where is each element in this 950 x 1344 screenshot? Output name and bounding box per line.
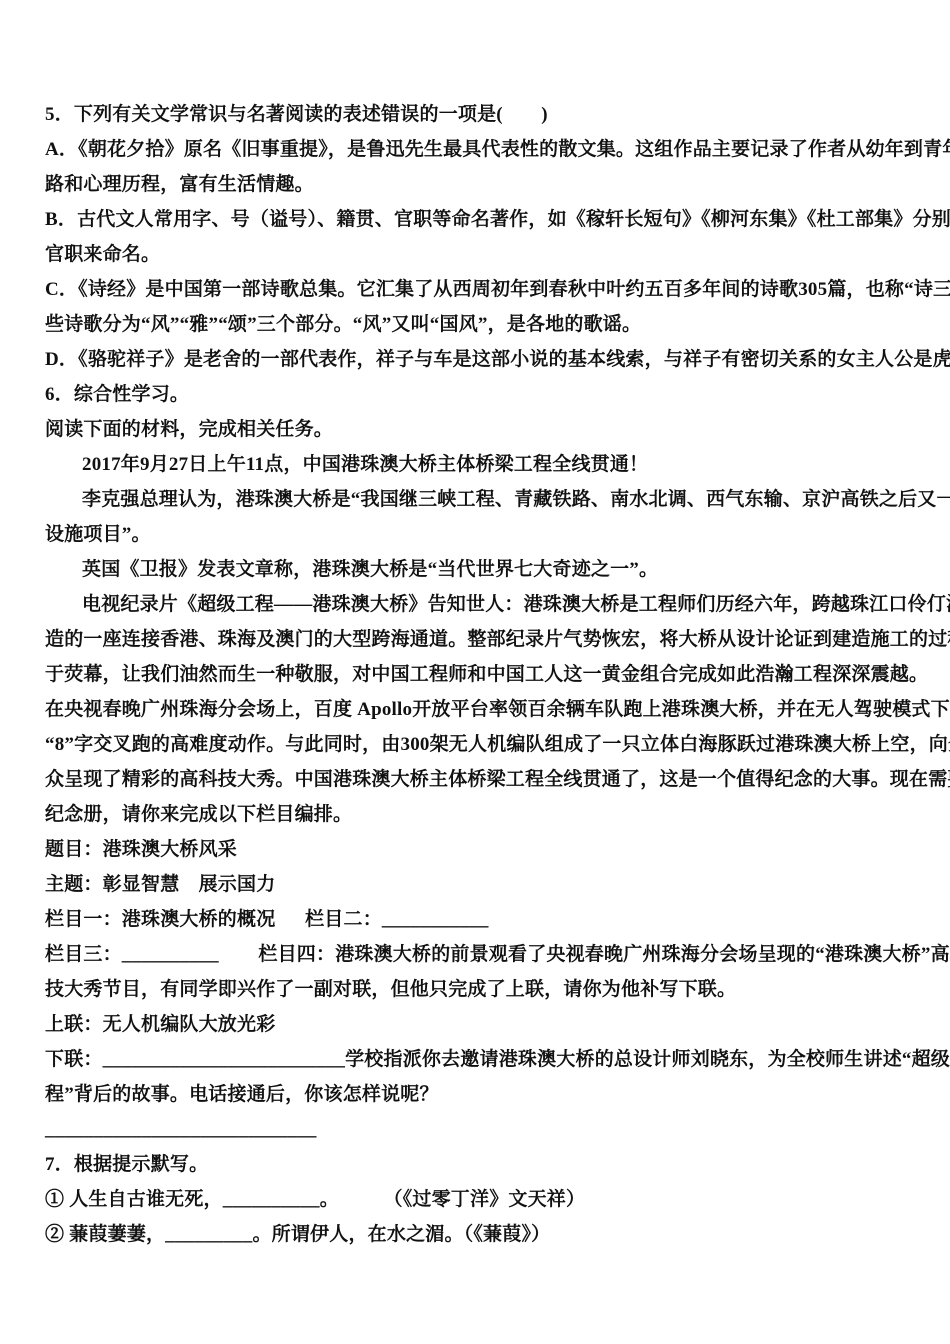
q5-option-b-line2: 官职来命名。: [45, 237, 908, 272]
document-body: 5．下列有关文学常识与名著阅读的表述错误的一项是( )A．《朝花夕拾》原名《旧事…: [45, 97, 908, 1252]
q6-material-line9: “8”字交叉跑的高难度动作。与此同时，由300架无人机编队组成了一只立体白海豚跃…: [45, 727, 908, 762]
q6-material-line1: 2017年9月27日上午11点，中国港珠澳大桥主体桥梁工程全线贯通！: [45, 447, 908, 482]
q6-material-line6: 造的一座连接香港、珠海及澳门的大型跨海通道。整部纪录片气势恢宏，将大桥从设计论证…: [45, 622, 908, 657]
q6-material-line4: 英国《卫报》发表文章称，港珠澳大桥是“当代世界七大奇迹之一”。: [45, 552, 908, 587]
q5-option-b-line1: B．古代文人常用字、号（谥号）、籍贯、官职等命名著作，如《稼轩长短句》《柳河东集…: [45, 202, 908, 237]
q6-couplet-lower-line2: 程”背后的故事。电话接通后，你该怎样说呢？: [45, 1077, 908, 1112]
q6-couplet-lower-line1: 下联：_________________________学校指派你去邀请港珠澳大…: [45, 1042, 908, 1077]
q5-option-a-line2: 路和心理历程，富有生活情趣。: [45, 167, 908, 202]
q6-material-line3: 设施项目”。: [45, 517, 908, 552]
q6-couplet-upper: 上联：无人机编队大放光彩: [45, 1007, 908, 1042]
q5-option-d: D．《骆驼祥子》是老舍的一部代表作，祥子与车是这部小说的基本线索，与祥子有密切关…: [45, 342, 908, 377]
q6-columns-3-4: 栏目三：__________ 栏目四：港珠澳大桥的前景观看了央视春晚广州珠海分会…: [45, 937, 908, 972]
q6-material-line7: 于荧幕，让我们油然而生一种敬服，对中国工程师和中国工人这一黄金组合完成如此浩瀚工…: [45, 657, 908, 692]
q6-material-line11: 纪念册，请你来完成以下栏目编排。: [45, 797, 908, 832]
q6-instruction: 阅读下面的材料，完成相关任务。: [45, 412, 908, 447]
q7-stem: 7．根据提示默写。: [45, 1147, 908, 1182]
q6-material-line2: 李克强总理认为，港珠澳大桥是“我国继三峡工程、青藏铁路、南水北调、西气东输、京沪…: [45, 482, 908, 517]
q5-stem: 5．下列有关文学常识与名著阅读的表述错误的一项是( ): [45, 97, 908, 132]
q6-couplet-intro: 技大秀节目，有同学即兴作了一副对联，但他只完成了上联，请你为他补写下联。: [45, 972, 908, 1007]
q6-material-line8: 在央视春晚广州珠海分会场上，百度 Apollo开放平台率领百余辆车队跑上港珠澳大…: [45, 692, 908, 727]
exam-page: 5．下列有关文学常识与名著阅读的表述错误的一项是( )A．《朝花夕拾》原名《旧事…: [0, 0, 950, 1344]
q7-item-1: ① 人生自古谁无死，__________。 （《过零丁洋》文天祥）: [45, 1182, 908, 1217]
q6-booklet-title: 题目：港珠澳大桥风采: [45, 832, 908, 867]
q5-option-a-line1: A．《朝花夕拾》原名《旧事重提》，是鲁迅先生最具代表性的散文集。这组作品主要记录…: [45, 132, 908, 167]
q6-booklet-theme: 主题：彰显智慧 展示国力: [45, 867, 908, 902]
q6-stem: 6．综合性学习。: [45, 377, 908, 412]
q6-material-line5: 电视纪录片《超级工程——港珠澳大桥》告知世人：港珠澳大桥是工程师们历经六年，跨越…: [45, 587, 908, 622]
q6-material-line10: 众呈现了精彩的高科技大秀。中国港珠澳大桥主体桥梁工程全线贯通了，这是一个值得纪念…: [45, 762, 908, 797]
q6-answer-blank-line: ____________________________: [45, 1112, 908, 1147]
q7-item-2: ② 蒹葭萋萋，_________。所谓伊人，在水之湄。（《蒹葭》）: [45, 1217, 908, 1252]
q5-option-c-line2: 些诗歌分为“风”“雅”“颂”三个部分。“风”又叫“国风”，是各地的歌谣。: [45, 307, 908, 342]
q5-option-c-line1: C．《诗经》是中国第一部诗歌总集。它汇集了从西周初年到春秋中叶约五百多年间的诗歌…: [45, 272, 908, 307]
q6-columns-1-2: 栏目一：港珠澳大桥的概况 栏目二：___________: [45, 902, 908, 937]
